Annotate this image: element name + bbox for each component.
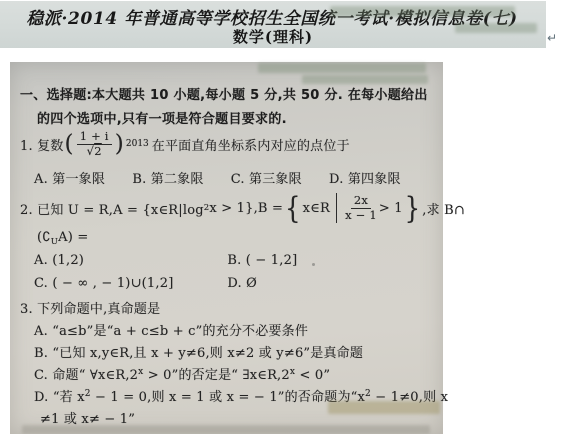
q2-complement-open: (∁ (37, 230, 51, 245)
question-1-stem: 1. 复数 ( 1 + i √2 ) 2013 在平面直角坐标系内对应的点位于 (20, 124, 350, 164)
q1-close-paren: ) (115, 133, 124, 156)
question-2-options-row2: C. ( − ∞ , − 1)∪(1,2] D. Ø (34, 276, 257, 291)
q2-fraction-denominator: x − 1 (345, 209, 377, 223)
q3-option-c: C. 命题“ ∀x∈R,2x > 0”的否定是“ ∃x∈R,2x < 0” (34, 364, 330, 383)
q2-part1: 2. 已知 U = R,A = {x∈R|log (20, 199, 204, 218)
bleed-through-smudge (302, 75, 428, 84)
q2-close-brace: } (405, 193, 420, 223)
q2-part3: ,求 B∩ (422, 199, 465, 218)
question-2-options-row1: A. (1,2) B. ( − 1,2] (34, 253, 297, 268)
q2-option-a: A. (1,2) (34, 253, 223, 268)
question-3-stem: 3. 下列命题中,真命题是 (20, 298, 160, 317)
q3-option-b: B. “已知 x,y∈R,且 x + y≠6,则 x≠2 或 y≠6”是真命题 (34, 342, 363, 361)
section-intro-line1: 一、选择题:本大题共 10 小题,每小题 5 分,共 50 分. 在每小题给出 (20, 84, 428, 103)
q1-option-c: C. 第三象限 (231, 168, 325, 187)
q2-inequality: > 1 (379, 201, 403, 216)
scanned-exam-page: 一、选择题:本大题共 10 小题,每小题 5 分,共 50 分. 在每小题给出 … (10, 62, 443, 434)
q1-option-d: D. 第四象限 (329, 168, 401, 187)
q2-set-variable: x∈R (303, 201, 330, 216)
q2-part2: x > 1},B = (209, 201, 283, 216)
question-2-stem-line1: 2. 已知 U = R,A = {x∈R|log2x > 1},B = { x∈… (20, 190, 465, 226)
cut-off-question-line (22, 425, 430, 434)
q2-complement-close: A) = (58, 230, 88, 245)
q1-exponent: 2013 (126, 139, 149, 149)
bleed-through-smudge (455, 23, 537, 33)
q1-fraction-denominator: √2 (87, 145, 102, 159)
scan-speck (312, 263, 315, 266)
q1-option-b: B. 第二象限 (132, 168, 226, 187)
bleed-through-smudge (330, 6, 515, 17)
q1-prefix: 1. 复数 (20, 135, 64, 154)
question-1-options: A. 第一象限 B. 第二象限 C. 第三象限 D. 第四象限 (34, 168, 401, 187)
q2-open-brace: { (285, 193, 300, 223)
q1-fraction-numerator: 1 + i (77, 130, 112, 145)
paragraph-return-mark: ↵ (547, 31, 557, 45)
question-2-stem-line2: (∁UA) = (37, 230, 88, 247)
q1-option-a: A. 第一象限 (34, 168, 128, 187)
bleed-through-smudge (258, 63, 426, 73)
set-divider-bar (336, 193, 337, 223)
bleed-through-smudge (328, 401, 440, 414)
q1-suffix: 在平面直角坐标系内对应的点位于 (152, 135, 350, 154)
q2-option-b: B. ( − 1,2] (227, 253, 297, 268)
q2-fraction: 2x x − 1 (345, 194, 377, 222)
q2-option-d: D. Ø (227, 276, 257, 291)
q1-open-paren: ( (65, 133, 74, 156)
q1-fraction: 1 + i √2 (77, 130, 112, 158)
exam-title-banner: 稳派·2014 年普通高等学校招生全国统一考试·模拟信息卷(七) 数学(理科) (0, 1, 546, 48)
q3-option-a: A. “a≤b”是“a + c≤b + c”的充分不必要条件 (34, 320, 308, 339)
q2-option-c: C. ( − ∞ , − 1)∪(1,2] (34, 276, 223, 291)
q2-fraction-numerator: 2x (351, 194, 371, 209)
